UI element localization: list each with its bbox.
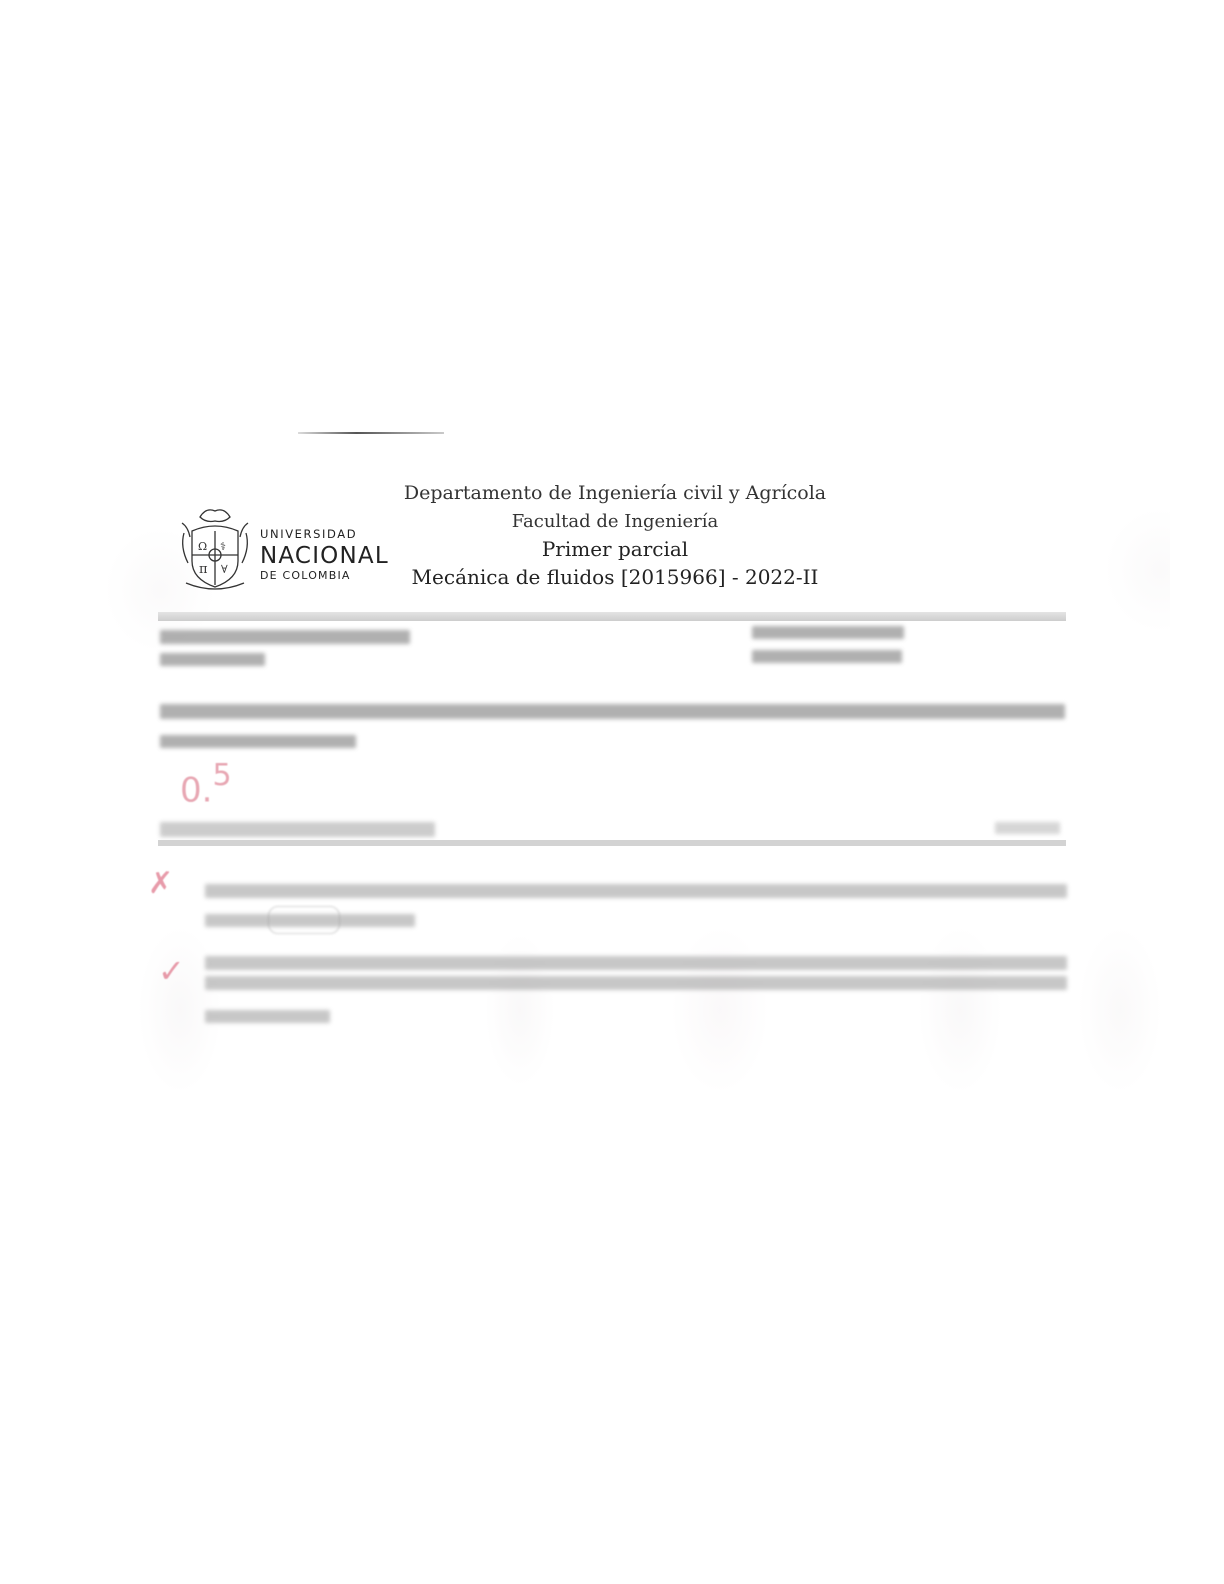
course-title: Mecánica de fluidos [2015966] - 2022-II bbox=[400, 562, 830, 592]
question-2-line-1 bbox=[205, 956, 1067, 970]
question-2-answer bbox=[205, 1010, 330, 1023]
student-id-field bbox=[752, 626, 904, 639]
student-name-field bbox=[160, 630, 410, 644]
exam-title: Primer parcial bbox=[400, 536, 830, 562]
svg-text:⚕: ⚕ bbox=[220, 540, 226, 553]
exam-date-field bbox=[752, 650, 902, 663]
section-rule bbox=[158, 840, 1066, 846]
scan-line bbox=[298, 432, 444, 434]
handwritten-grade: 0.5 bbox=[180, 762, 232, 810]
student-group-field bbox=[160, 653, 265, 666]
exam-header: Departamento de Ingeniería civil y Agríc… bbox=[400, 478, 830, 592]
logo-text-de-colombia: DE COLOMBIA bbox=[260, 569, 389, 582]
section-time bbox=[995, 822, 1060, 834]
logo-text-nacional: NACIONAL bbox=[260, 544, 389, 568]
svg-text:∀: ∀ bbox=[221, 563, 228, 576]
faculty-name: Facultad de Ingeniería bbox=[400, 508, 830, 536]
svg-text:Ω: Ω bbox=[198, 540, 207, 553]
wrong-mark-icon: ✗ bbox=[148, 866, 173, 901]
university-crest-icon: Ω ⚕ π ∀ bbox=[178, 503, 252, 595]
question-2-line-2 bbox=[205, 976, 1067, 990]
notice-line-2 bbox=[160, 735, 356, 748]
svg-text:π: π bbox=[199, 562, 208, 577]
department-name: Departamento de Ingeniería civil y Agríc… bbox=[400, 478, 830, 508]
question-1-line-1 bbox=[205, 884, 1067, 898]
circled-answer bbox=[268, 906, 340, 934]
notice-line-1 bbox=[160, 704, 1065, 719]
header-rule bbox=[158, 612, 1066, 621]
university-logo: Ω ⚕ π ∀ UNIVERSIDAD NACIONAL DE COLOMBIA bbox=[178, 503, 398, 595]
logo-text-universidad: UNIVERSIDAD bbox=[260, 527, 389, 541]
section-title bbox=[160, 822, 435, 837]
check-mark-icon: ✓ bbox=[158, 952, 185, 990]
